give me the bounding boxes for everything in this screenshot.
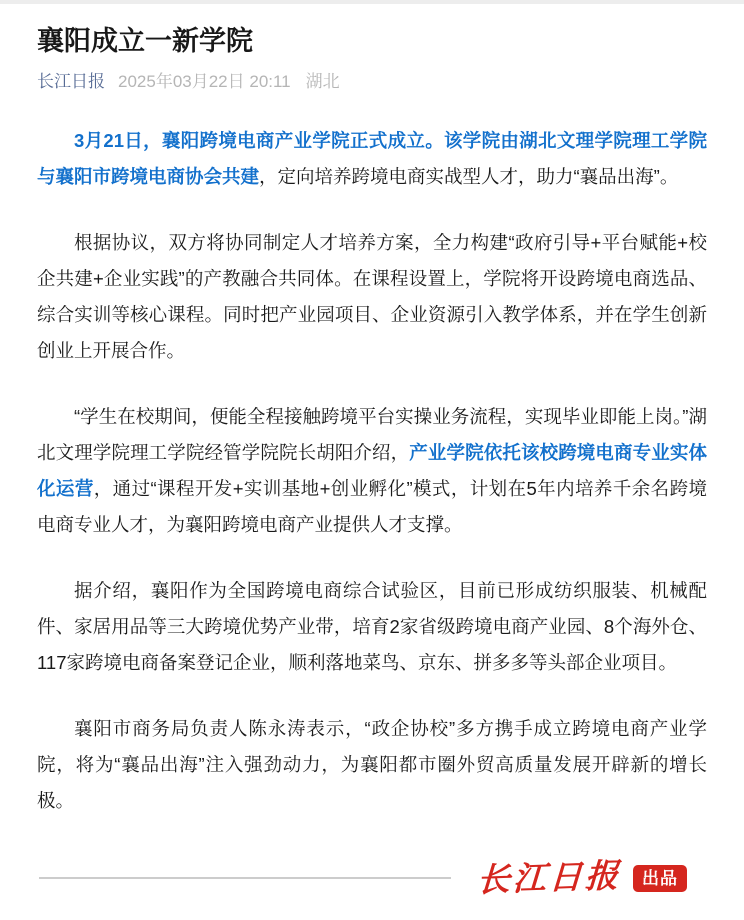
brand-logo-calligraphy-text: 长江日报 [476,855,622,900]
article-paragraph-3: “学生在校期间，便能全程接触跨境平台实操业务流程，实现毕业即能上岗。”湖北文理学… [37,399,707,543]
region-label: 湖北 [306,71,340,93]
paragraph-5-text: 襄阳市商务局负责人陈永涛表示，“政企协校”多方携手成立跨境电商产业学院，将为“襄… [37,718,707,811]
page-title: 襄阳成立一新学院 [37,24,707,58]
article-paragraph-4: 据介绍，襄阳作为全国跨境电商综合试验区，目前已形成纺织服装、机械配件、家居用品等… [37,573,707,681]
article-meta: 长江日报 2025年03月22日 20:11 湖北 [37,71,707,93]
article-page: 襄阳成立一新学院 长江日报 2025年03月22日 20:11 湖北 3月21日… [0,4,744,907]
paragraph-3-text-tail: ，通过“课程开发+实训基地+创业孵化”模式，计划在5年内培养千余名跨境电商专业人… [37,478,707,535]
article-body: 3月21日，襄阳跨境电商产业学院正式成立。该学院由湖北文理学院理工学院与襄阳市跨… [37,123,707,819]
source-link[interactable]: 长江日报 [37,71,105,93]
produced-by-badge: 出品 [633,865,687,892]
brand-logo: 长江日报 出品 [477,858,687,898]
article-paragraph-1: 3月21日，襄阳跨境电商产业学院正式成立。该学院由湖北文理学院理工学院与襄阳市跨… [37,123,707,195]
footer-divider-line [39,877,451,879]
article-paragraph-2: 根据协议，双方将协同制定人才培养方案，全力构建“政府引导+平台赋能+校企共建+企… [37,225,707,369]
paragraph-4-text: 据介绍，襄阳作为全国跨境电商综合试验区，目前已形成纺织服装、机械配件、家居用品等… [37,580,707,673]
publish-date: 2025年03月22日 20:11 [118,71,291,93]
article-paragraph-5: 襄阳市商务局负责人陈永涛表示，“政企协校”多方携手成立跨境电商产业学院，将为“襄… [37,711,707,819]
paragraph-1-text: ，定向培养跨境电商实战型人才，助力“襄品出海”。 [259,166,678,187]
article-footer: 长江日报 出品 [37,849,707,907]
paragraph-2-text: 根据协议，双方将协同制定人才培养方案，全力构建“政府引导+平台赋能+校企共建+企… [37,232,707,361]
